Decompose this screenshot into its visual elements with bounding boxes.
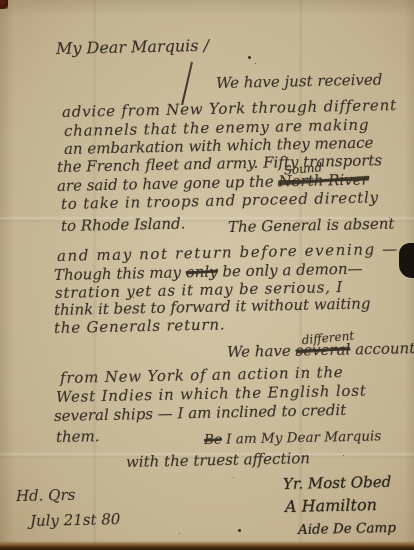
- closing-line: with the truest affection: [126, 450, 310, 471]
- corner-ink-spot: [0, 0, 8, 9]
- strikethrough-wrap: differentseveral: [295, 341, 350, 359]
- date-line: July 21st 80: [30, 511, 121, 530]
- letter-line: The General is absent: [228, 216, 395, 236]
- ink-specks: [248, 56, 251, 59]
- strikethrough-wrap: SoundNorth River: [278, 171, 369, 190]
- struck-word: Be: [204, 432, 222, 448]
- paper-bottom-edge: [0, 541, 414, 550]
- letter-scan: My Dear Marquis / We have just received …: [0, 0, 414, 550]
- struck-word: only: [186, 263, 218, 282]
- salutation: My Dear Marquis /: [56, 37, 209, 57]
- signature-line: Yr. Most Obed: [283, 474, 392, 493]
- letter-line: them.: [56, 428, 100, 446]
- letter-line: We have just received: [216, 72, 383, 92]
- place-line: Hd. Qrs: [16, 487, 76, 505]
- inserted-word: Sound: [283, 159, 323, 179]
- line-text: accounts: [350, 339, 414, 359]
- line-text: I am My Dear Marquis: [222, 428, 382, 447]
- signature-title: Aide De Camp: [298, 520, 396, 539]
- salutation-flourish-stroke: [181, 62, 193, 105]
- letter-line: several ships — I am inclined to credit: [54, 402, 347, 425]
- letter-line: to Rhode Island.: [61, 215, 186, 235]
- closing-line: Be I am My Dear Marquis: [204, 428, 382, 449]
- line-text: We have: [227, 342, 296, 361]
- signature-name: A Hamilton: [285, 496, 377, 515]
- letter-line: the Generals return.: [54, 316, 226, 337]
- letter-line: We have differentseveral accounts: [227, 340, 414, 361]
- right-edge-dark-blob: [399, 243, 414, 278]
